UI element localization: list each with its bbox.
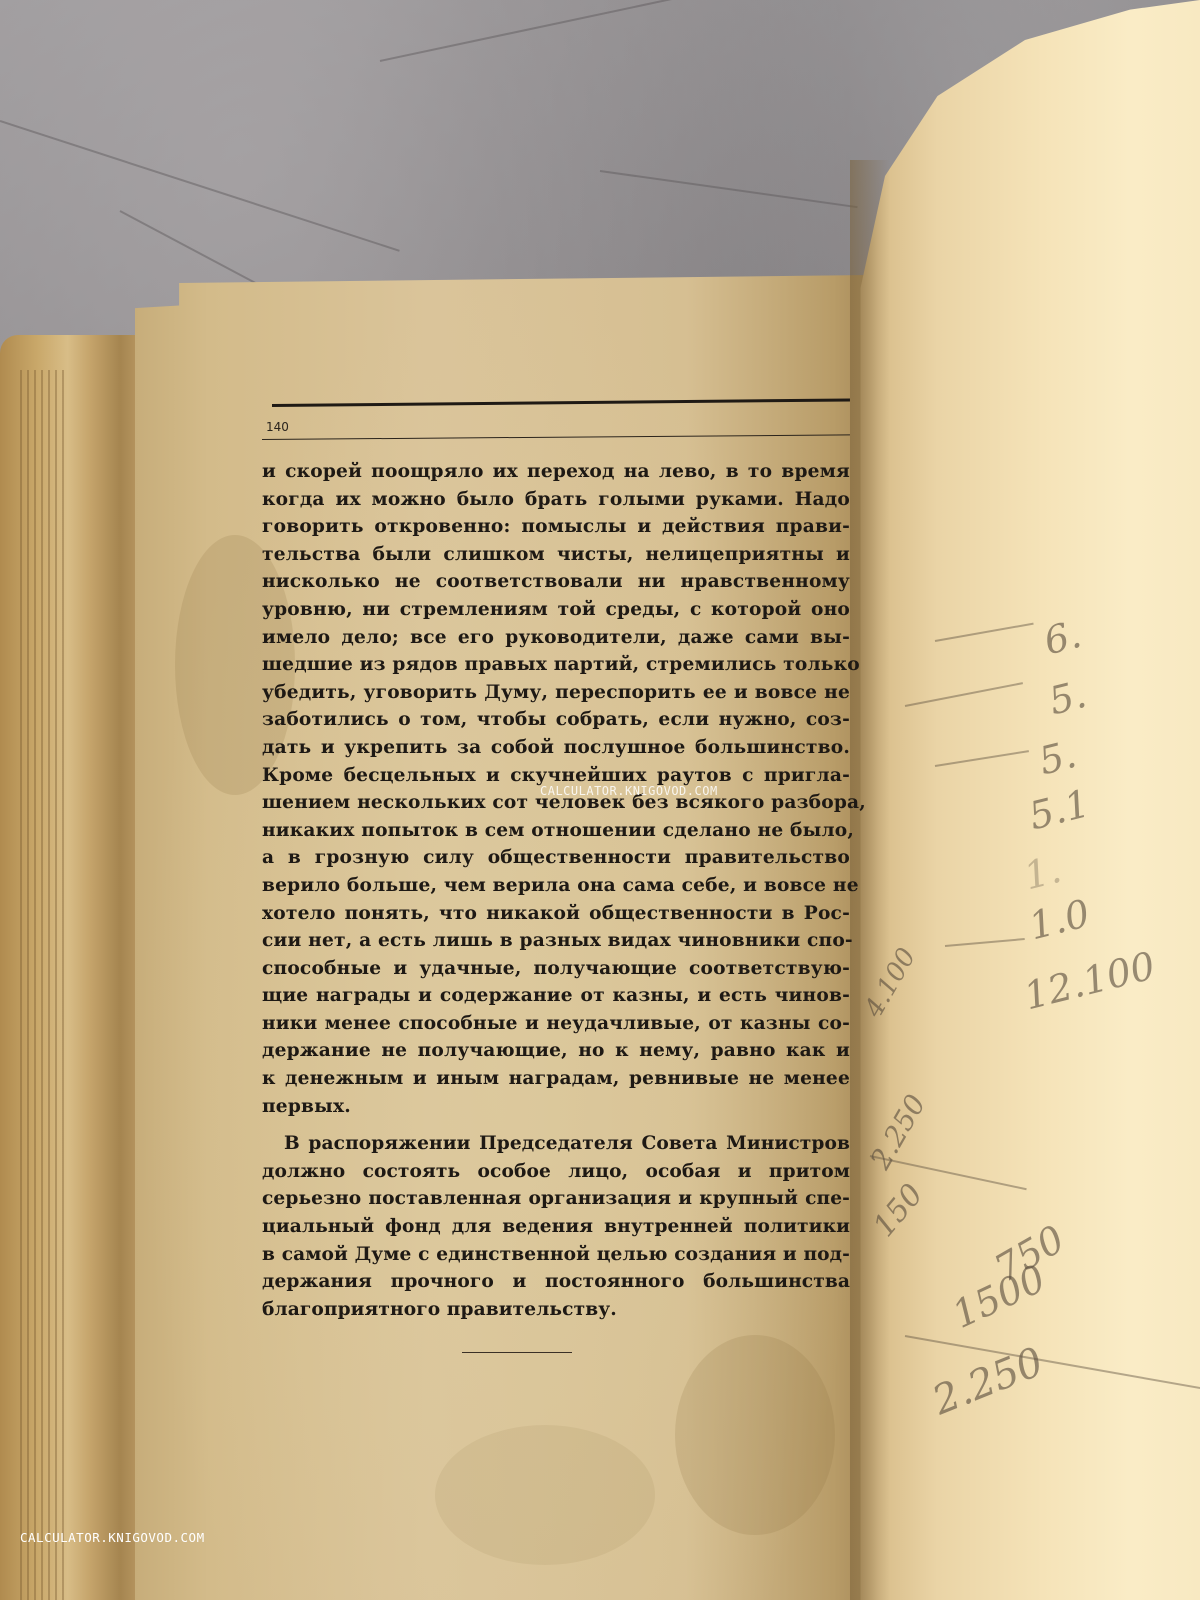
text-line: первых. bbox=[262, 1093, 850, 1121]
text-line: верило больше, чем верила она сама себе,… bbox=[262, 872, 850, 900]
text-line: когда их можно было брать голыми руками.… bbox=[262, 486, 850, 514]
text-line: тельства были слишком чисты, нелицеприят… bbox=[262, 541, 850, 569]
text-line: держание не получающие, но к нему, равно… bbox=[262, 1037, 850, 1065]
text-line: говорить откровенно: помыслы и действия … bbox=[262, 513, 850, 541]
paragraph-2: В распоряжении Председателя Совета Минис… bbox=[262, 1130, 850, 1323]
text-line: шедшие из рядов правых партий, стремилис… bbox=[262, 651, 850, 679]
chapter-end-rule bbox=[462, 1352, 572, 1353]
text-line: держания прочного и постоянного большинс… bbox=[262, 1268, 850, 1296]
text-line: хотело понять, что никакой общественност… bbox=[262, 900, 850, 928]
watermark-center: CALCULATOR.KNIGOVOD.COM bbox=[540, 784, 718, 798]
text-line: благоприятного правительству. bbox=[262, 1296, 850, 1324]
text-line: серьезно поставленная организация и круп… bbox=[262, 1185, 850, 1213]
text-line: щие награды и содержание от казны, и ест… bbox=[262, 982, 850, 1010]
text-line: к денежным и иным наградам, ревнивые не … bbox=[262, 1065, 850, 1093]
text-line: заботились о том, чтобы собрать, если ну… bbox=[262, 706, 850, 734]
text-line: сии нет, а есть лишь в разных видах чино… bbox=[262, 927, 850, 955]
book-page-edge-lines bbox=[20, 370, 65, 1600]
text-line: должно состоять особое лицо, особая и пр… bbox=[262, 1158, 850, 1186]
page-stain bbox=[675, 1335, 835, 1535]
page-number: 140 bbox=[266, 420, 289, 434]
text-line: убедить, уговорить Думу, переспорить ее … bbox=[262, 679, 850, 707]
text-line: В распоряжении Председателя Совета Минис… bbox=[262, 1130, 850, 1158]
text-line: а в грозную силу общественности правител… bbox=[262, 844, 850, 872]
text-line: дать и укрепить за собой послушное больш… bbox=[262, 734, 850, 762]
text-line: и скорей поощряло их переход на лево, в … bbox=[262, 458, 850, 486]
text-line: ники менее способные и неудачливые, от к… bbox=[262, 1010, 850, 1038]
text-line: нисколько не соответствовали ни нравстве… bbox=[262, 568, 850, 596]
watermark-corner: CALCULATOR.KNIGOVOD.COM bbox=[20, 1530, 205, 1545]
text-line: способные и удачные, получающие соответс… bbox=[262, 955, 850, 983]
text-line: никаких попыток в сем отношении сделано … bbox=[262, 817, 850, 845]
page-body-text: и скорей поощряло их переход на лево, в … bbox=[262, 458, 850, 1323]
text-line: в самой Думе с единственной целью создан… bbox=[262, 1241, 850, 1269]
text-line: циальный фонд для ведения внутренней пол… bbox=[262, 1213, 850, 1241]
text-line: уровню, ни стремлениям той среды, с кото… bbox=[262, 596, 850, 624]
page-stain bbox=[435, 1425, 655, 1565]
text-line: имело дело; все его руководители, даже с… bbox=[262, 624, 850, 652]
